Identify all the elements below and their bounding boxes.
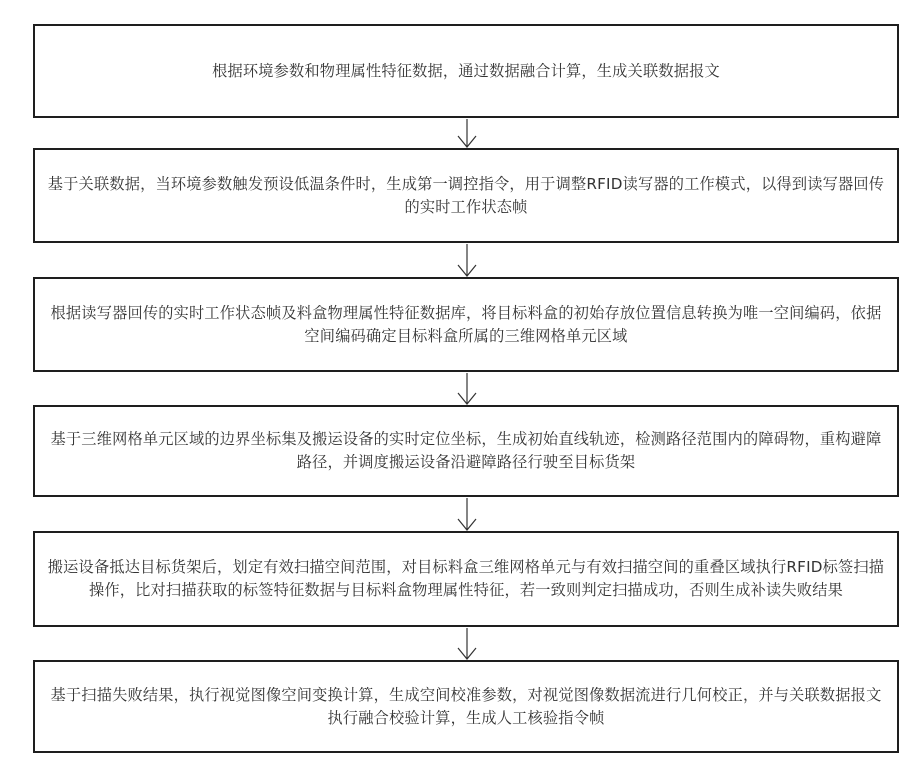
flow-step-3: 根据读写器回传的实时工作状态帧及料盒物理属性特征数据库，将目标料盒的初始存放位置…: [33, 277, 899, 372]
flow-step-1-text: 根据环境参数和物理属性特征数据，通过数据融合计算，生成关联数据报文: [45, 60, 887, 83]
flow-step-2: 基于关联数据，当环境参数触发预设低温条件时，生成第一调控指令，用于调整RFID读…: [33, 148, 899, 243]
flow-step-5: 搬运设备抵达目标货架后，划定有效扫描空间范围，对目标料盒三维网格单元与有效扫描空…: [33, 531, 899, 627]
flow-step-2-text: 基于关联数据，当环境参数触发预设低温条件时，生成第一调控指令，用于调整RFID读…: [45, 173, 887, 219]
flow-step-5-text: 搬运设备抵达目标货架后，划定有效扫描空间范围，对目标料盒三维网格单元与有效扫描空…: [45, 556, 887, 602]
flow-step-1: 根据环境参数和物理属性特征数据，通过数据融合计算，生成关联数据报文: [33, 24, 899, 118]
flow-step-6: 基于扫描失败结果，执行视觉图像空间变换计算，生成空间校准参数，对视觉图像数据流进…: [33, 660, 899, 753]
flow-step-6-text: 基于扫描失败结果，执行视觉图像空间变换计算，生成空间校准参数，对视觉图像数据流进…: [45, 684, 887, 730]
arrow-down-icon: [452, 243, 482, 277]
arrow-down-icon: [452, 118, 482, 148]
arrow-down-icon: [452, 372, 482, 405]
arrow-down-icon: [452, 627, 482, 660]
flow-step-3-text: 根据读写器回传的实时工作状态帧及料盒物理属性特征数据库，将目标料盒的初始存放位置…: [45, 302, 887, 348]
flow-step-4: 基于三维网格单元区域的边界坐标集及搬运设备的实时定位坐标，生成初始直线轨迹，检测…: [33, 405, 899, 497]
flow-step-4-text: 基于三维网格单元区域的边界坐标集及搬运设备的实时定位坐标，生成初始直线轨迹，检测…: [45, 428, 887, 474]
arrow-down-icon: [452, 497, 482, 531]
